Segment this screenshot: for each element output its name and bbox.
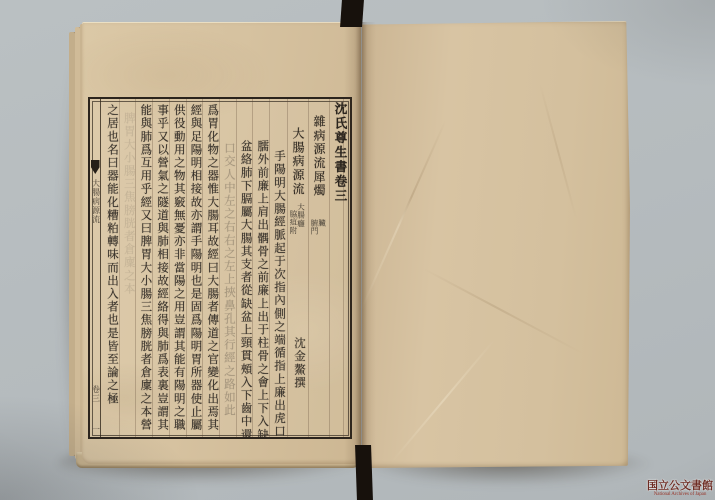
series-title-column: 雜病源流犀燭 臟 腑門	[311, 115, 325, 198]
right-page-blank	[362, 21, 630, 468]
column-rule	[287, 99, 288, 437]
column-rule	[152, 99, 153, 437]
archive-watermark: 国立公文書館 National Archives of Japan	[647, 481, 713, 498]
column-rule	[252, 99, 253, 437]
section-note-right: 大腸癰	[298, 203, 305, 227]
series-note-left: 腑門	[311, 219, 318, 235]
folio-page-number: 一	[92, 425, 101, 434]
folio-section-label: 大腸病源流	[92, 179, 101, 224]
body-text-column-2: 臑外前廉上肩出髃骨之前廉上出于柱骨之會上下入缺	[254, 140, 268, 439]
body-text-column-11: 之居也名曰器能化糟粕轉味而出入者也是皆至論之極	[104, 104, 118, 405]
book-spine-top	[340, 0, 364, 27]
column-rule	[308, 99, 309, 437]
column-rule	[135, 99, 136, 437]
section-title-column: 大腸病源流 大腸癰 脇疽附	[290, 127, 304, 196]
watermark-english: National Archives of Japan	[650, 492, 711, 498]
body-text-column-4: 口交人中左之右右之左上挾鼻孔其行經之路如此	[221, 142, 235, 417]
section-note-left: 脇疽附	[290, 210, 297, 234]
column-rule	[119, 99, 120, 437]
series-note-right: 臟	[319, 219, 326, 227]
column-rule	[219, 99, 220, 437]
book-spine-bottom	[355, 445, 373, 500]
body-text-column-5: 爲胃化物之器惟大腸耳故經曰大腸者傳道之官變化出焉其	[204, 104, 218, 432]
paper-crease	[391, 339, 495, 463]
left-page: 大腸病源流 卷三 一 沈氏尊生書卷三 雜病源流犀燭 臟 腑門 大腸病源流 大腸癰…	[82, 22, 361, 464]
section-title: 大腸病源流	[291, 127, 305, 196]
fishtail-mark	[91, 160, 100, 174]
column-rule	[169, 99, 170, 437]
paper-crease	[539, 83, 577, 219]
folio-volume: 卷三	[92, 385, 101, 403]
column-rule	[329, 99, 330, 437]
author-attribution: 沈金鰲撰	[291, 337, 305, 389]
column-rule	[202, 99, 203, 437]
body-text-column-7: 供役動用之物其竅無憂亦非當陽之用豈謂其能有陽明之職	[171, 104, 185, 432]
paper-crease	[359, 120, 446, 313]
series-title: 雜病源流犀燭	[312, 115, 326, 198]
body-text-column-6: 經與足陽明相接故亦謂手陽明也是固爲陽明胃所器使止屬	[188, 104, 202, 432]
body-text-column-3: 盆絡肺下膈屬大腸其支者從缺盆上頸貫頰入下齒中還	[238, 140, 252, 439]
column-rule	[269, 99, 270, 437]
column-rule	[236, 99, 237, 437]
body-text-column-1: 手陽明大腸經脈起于次指內側之端循指上廉出虎口兩	[271, 150, 285, 439]
body-text-column-8: 事乎又以營氣之隧道與肺相接故經絡得與肺爲表裏豈謂其	[154, 104, 168, 432]
body-text-column-10: 脾胃大小腸三焦膀胱者倉廩之本	[121, 112, 135, 295]
body-text-column-9: 能與肺爲互用乎經又曰脾胃大小腸三焦膀胱者倉廩之本營	[137, 104, 151, 432]
book-title-volume: 沈氏尊生書卷三	[332, 102, 346, 204]
photo-scene: 大腸病源流 卷三 一 沈氏尊生書卷三 雜病源流犀燭 臟 腑門 大腸病源流 大腸癰…	[0, 0, 715, 500]
column-rule	[186, 99, 187, 437]
printed-text-block: 大腸病源流 卷三 一 沈氏尊生書卷三 雜病源流犀燭 臟 腑門 大腸病源流 大腸癰…	[88, 97, 352, 439]
paper-crease	[423, 268, 583, 354]
